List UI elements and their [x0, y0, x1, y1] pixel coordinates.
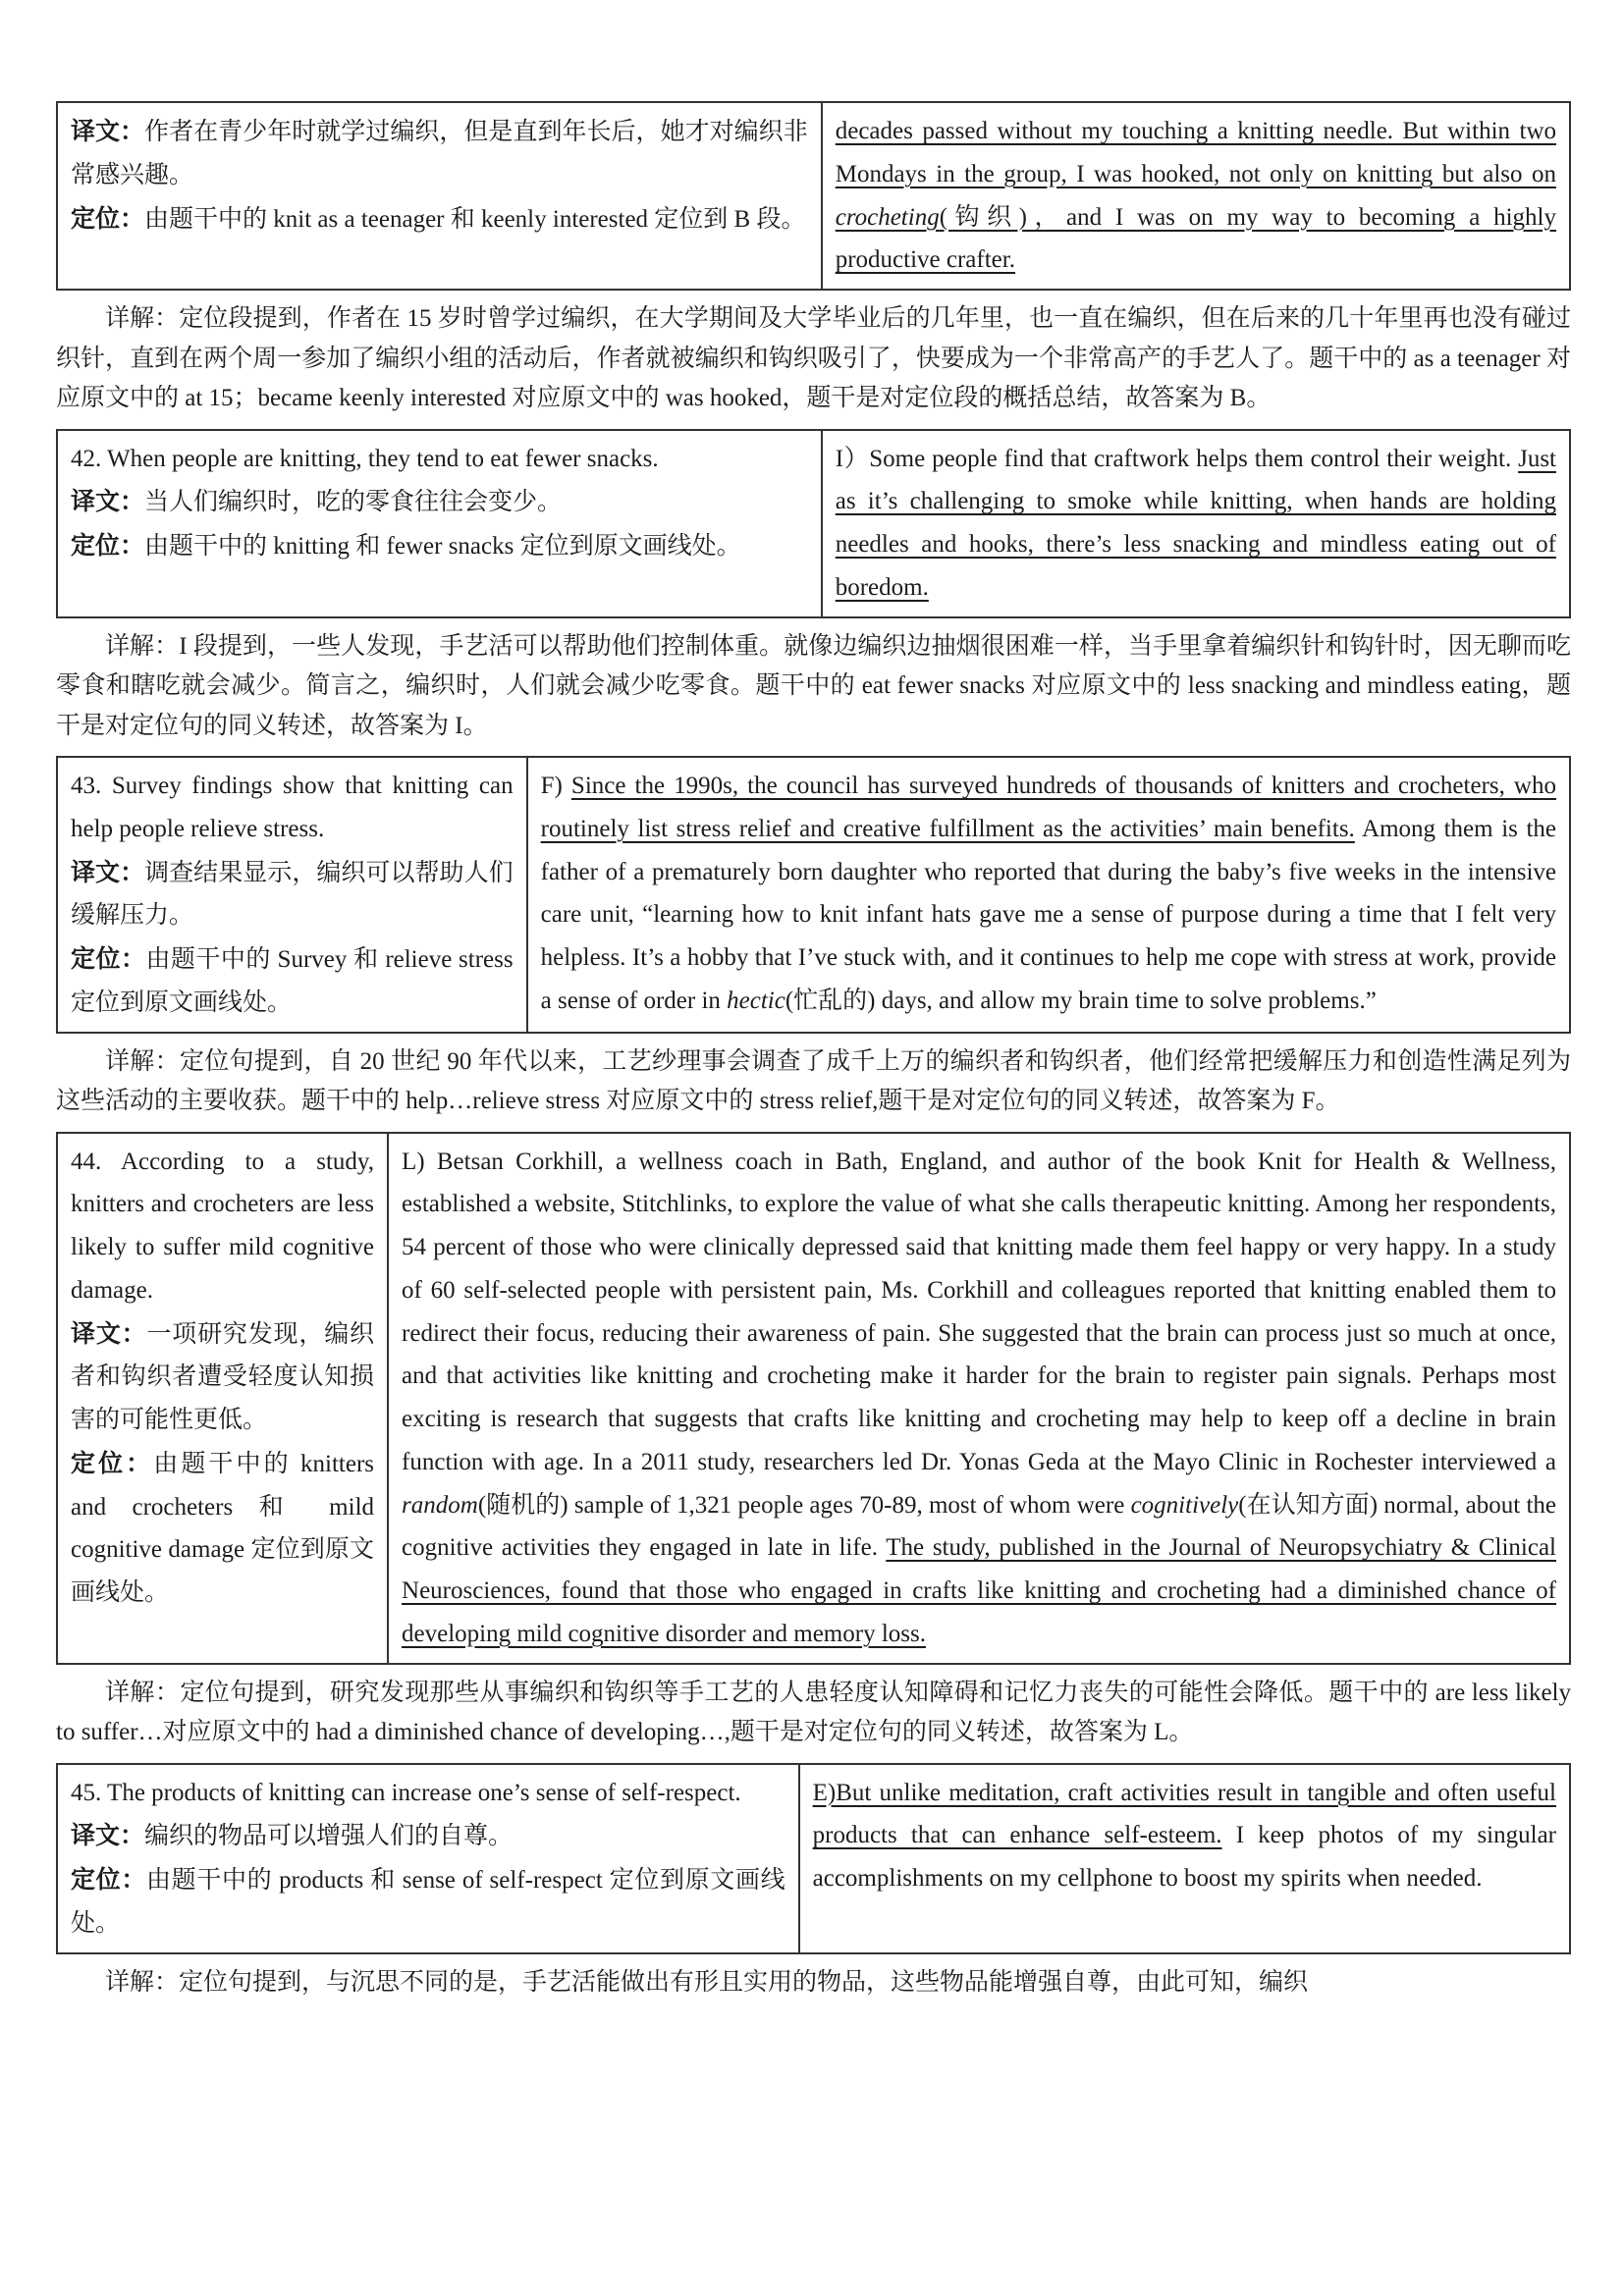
passage-text: (随机的) sample of 1,321 people ages 70-89,… — [478, 1492, 1131, 1519]
q44-explanation-text: 定位句提到，研究发现那些从事编织和钩织等手工艺的人患轻度认知障碍和记忆力丧失的可… — [56, 1680, 1571, 1746]
q42-translation-line: 译文：当人们编织时，吃的零食往往会变少。 — [71, 480, 808, 524]
q45-explanation-text: 定位句提到，与沉思不同的是，手艺活能做出有形且实用的物品，这些物品能增强自尊，由… — [179, 1969, 1308, 1996]
passage-text: I）Some people find that craftwork helps … — [836, 446, 1518, 472]
underlined-passage-text: (钩织)，and I was on my way to becoming a h… — [836, 204, 1556, 274]
q41-location-text: 由题干中的 knit as a teenager 和 keenly intere… — [144, 206, 805, 233]
location-label: 定位： — [71, 1449, 153, 1477]
answer-table-q41: 译文：作者在青少年时就学过编织，但是直到年长后，她才对编织非常感兴趣。 定位：由… — [56, 101, 1571, 291]
q45-location-line: 定位：由题干中的 products 和 sense of self-respec… — [71, 1858, 785, 1946]
translation-label: 译文： — [71, 1319, 146, 1348]
q43-statement: 43. Survey findings show that knitting c… — [71, 765, 514, 851]
q45-translation-text: 编织的物品可以增强人们的自尊。 — [144, 1823, 513, 1849]
location-label: 定位： — [71, 944, 145, 973]
explanation-label: 详解： — [105, 1680, 180, 1706]
q41-explanation-text: 定位段提到，作者在 15 岁时曾学过编织，在大学期间及大学毕业后的几年里，也一直… — [56, 305, 1571, 411]
translation-label: 译文： — [71, 487, 144, 515]
italic-term: cognitively — [1131, 1492, 1239, 1519]
underlined-passage-text: decades passed without my touching a kni… — [836, 118, 1556, 187]
q43-passage-cell: F) Since the 1990s, the council has surv… — [528, 758, 1569, 1032]
q43-passage-excerpt: F) Since the 1990s, the council has surv… — [541, 765, 1556, 1023]
q44-location-line: 定位：由题干中的 knitters and crocheters 和 mild … — [71, 1442, 374, 1615]
q45-translation-line: 译文：编织的物品可以增强人们的自尊。 — [71, 1814, 785, 1858]
translation-label: 译文： — [71, 117, 144, 145]
q41-translation-line: 译文：作者在青少年时就学过编织，但是直到年长后，她才对编织非常感兴趣。 — [71, 110, 808, 197]
italic-term: random — [402, 1492, 478, 1519]
q41-passage-cell: decades passed without my touching a kni… — [823, 103, 1569, 289]
explanation-label: 详解： — [105, 305, 179, 332]
q42-explanation-text: I 段提到，一些人发现，手艺活可以帮助他们控制体重。就像边编织边抽烟很困难一样，… — [56, 633, 1571, 739]
q45-explanation: 详解：定位句提到，与沉思不同的是，手艺活能做出有形且实用的物品，这些物品能增强自… — [56, 1963, 1571, 2003]
q43-translation-line: 译文：调查结果显示，编织可以帮助人们缓解压力。 — [71, 851, 514, 938]
explanation-label: 详解： — [105, 633, 179, 660]
q41-location-line: 定位：由题干中的 knit as a teenager 和 keenly int… — [71, 197, 808, 241]
q42-analysis-cell: 42. When people are knitting, they tend … — [58, 431, 823, 616]
translation-label: 译文： — [71, 858, 144, 886]
passage-text: L) Betsan Corkhill, a wellness coach in … — [402, 1148, 1556, 1475]
passage-text: (忙乱的) days, and allow my brain time to s… — [785, 988, 1377, 1014]
location-label: 定位： — [71, 1865, 146, 1894]
q45-location-text: 由题干中的 products 和 sense of self-respect 定… — [71, 1867, 785, 1937]
q41-translation-text: 作者在青少年时就学过编织，但是直到年长后，她才对编织非常感兴趣。 — [71, 119, 808, 188]
answer-table-q42: 42. When people are knitting, they tend … — [56, 429, 1571, 618]
q44-passage-excerpt: L) Betsan Corkhill, a wellness coach in … — [402, 1141, 1556, 1656]
q45-statement: 45. The products of knitting can increas… — [71, 1772, 785, 1815]
q41-passage-excerpt: decades passed without my touching a kni… — [836, 110, 1556, 282]
q43-analysis-cell: 43. Survey findings show that knitting c… — [58, 758, 528, 1032]
q43-explanation: 详解：定位句提到，自 20 世纪 90 年代以来，工艺纱理事会调查了成千上万的编… — [56, 1042, 1571, 1122]
translation-label: 译文： — [71, 1821, 144, 1849]
answer-table-q45: 45. The products of knitting can increas… — [56, 1763, 1571, 1954]
q45-passage-excerpt: E)But unlike meditation, craft activitie… — [813, 1772, 1556, 1900]
q42-location-text: 由题干中的 knitting 和 fewer snacks 定位到原文画线处。 — [144, 533, 741, 560]
q44-explanation: 详解：定位句提到，研究发现那些从事编织和钩织等手工艺的人患轻度认知障碍和记忆力丧… — [56, 1674, 1571, 1753]
answer-table-q44: 44. According to a study, knitters and c… — [56, 1132, 1571, 1665]
q45-passage-cell: E)But unlike meditation, craft activitie… — [800, 1765, 1569, 1952]
italic-term: hectic — [727, 988, 785, 1014]
q42-statement: 42. When people are knitting, they tend … — [71, 438, 808, 481]
q45-analysis-cell: 45. The products of knitting can increas… — [58, 1765, 800, 1952]
answer-table-q43: 43. Survey findings show that knitting c… — [56, 756, 1571, 1034]
q42-passage-cell: I）Some people find that craftwork helps … — [823, 431, 1569, 616]
italic-term: crocheting — [836, 204, 940, 231]
q44-analysis-cell: 44. According to a study, knitters and c… — [58, 1134, 389, 1663]
q42-translation-text: 当人们编织时，吃的零食往往会变少。 — [144, 489, 562, 515]
q44-passage-cell: L) Betsan Corkhill, a wellness coach in … — [389, 1134, 1569, 1663]
q41-explanation: 详解：定位段提到，作者在 15 岁时曾学过编织，在大学期间及大学毕业后的几年里，… — [56, 299, 1571, 419]
q42-explanation: 详解：I 段提到，一些人发现，手艺活可以帮助他们控制体重。就像边编织边抽烟很困难… — [56, 627, 1571, 747]
explanation-label: 详解： — [105, 1969, 179, 1996]
location-label: 定位： — [71, 531, 144, 560]
q43-explanation-text: 定位句提到，自 20 世纪 90 年代以来，工艺纱理事会调查了成千上万的编织者和… — [56, 1048, 1571, 1115]
q42-location-line: 定位：由题干中的 knitting 和 fewer snacks 定位到原文画线… — [71, 524, 808, 568]
passage-text: Among them is the father of a prematurel… — [541, 816, 1556, 1014]
location-label: 定位： — [71, 204, 144, 233]
answer-key-page: 译文：作者在青少年时就学过编织，但是直到年长后，她才对编织非常感兴趣。 定位：由… — [0, 0, 1624, 2002]
q44-translation-line: 译文：一项研究发现，编织者和钩织者遭受轻度认知损害的可能性更低。 — [71, 1312, 374, 1442]
explanation-label: 详解： — [105, 1048, 180, 1075]
q42-passage-excerpt: I）Some people find that craftwork helps … — [836, 438, 1556, 610]
q44-statement: 44. According to a study, knitters and c… — [71, 1141, 374, 1312]
q41-analysis-cell: 译文：作者在青少年时就学过编织，但是直到年长后，她才对编织非常感兴趣。 定位：由… — [58, 103, 823, 289]
q43-location-line: 定位：由题干中的 Survey 和 relieve stress 定位到原文画线… — [71, 937, 514, 1025]
paragraph-letter: F) — [541, 773, 571, 799]
